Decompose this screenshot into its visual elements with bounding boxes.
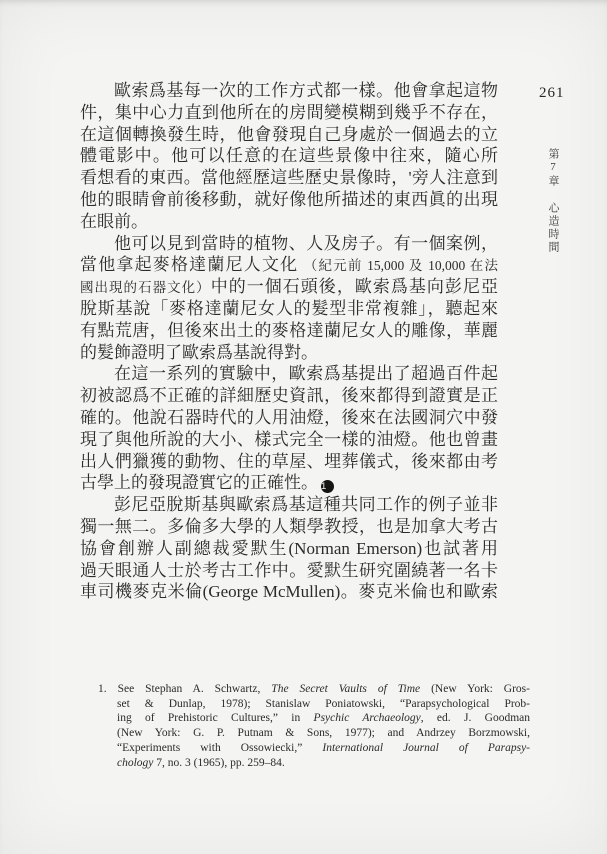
text-line: 獨一無二。多倫多大學的人類學教授，也是加拿大考古 — [80, 516, 498, 538]
text-segment: ing of Prehistoric Cultures,” in — [117, 712, 314, 724]
text-line: 出人們獵獲的動物、住的草屋、埋葬儀式，後來都由考 — [80, 451, 498, 473]
text-segment: 件，集中心力直到他所在的房間變模糊到幾乎不存在， — [80, 103, 498, 122]
text-line: 協會創辦人副總裁愛默生(Norman Emerson)也試著用 — [80, 538, 498, 560]
text-segment: 古學上的發現證實它的正確性。 — [80, 473, 318, 492]
chapter-number-vertical: 第7章 — [545, 148, 561, 188]
text-segment: 初被認爲不正確的詳細歷史資訊，後來都得到證實是正 — [80, 386, 498, 405]
italic-title-text: International Journal of Parapsy- — [322, 742, 530, 754]
text-segment: 現了與他所說的大小、樣式完全一樣的油燈。他也曾畫 — [80, 430, 498, 449]
text-line: 國出現的石器文化）中的一個石頭後，歐索爲基向彭尼亞 — [80, 276, 498, 298]
text-line: 歐索爲基每一次的工作方式都一樣。他會拿起這物 — [80, 80, 498, 102]
text-segment: 車司機麥克米倫(George McMullen)。麥克米倫也和歐索 — [80, 582, 498, 601]
footnote-line: chology 7, no. 3 (1965), pp. 259–84. — [117, 756, 530, 771]
text-line: 體電影中。他可以任意的在這些景像中往來，隨心所欲， — [80, 145, 498, 167]
footnote: 1. See Stephan A. Schwartz, The Secret V… — [98, 682, 530, 770]
text-segment: “Experiments with Ossowiecki,” — [117, 742, 322, 754]
italic-title-text: Psychic Archaeology — [314, 712, 421, 724]
text-line: 件，集中心力直到他所在的房間變模糊到幾乎不存在， — [80, 102, 498, 124]
text-line: 在這一系列的實驗中，歐索爲基提出了超過百件起 — [80, 363, 498, 385]
page-number: 261 — [539, 85, 565, 102]
footnote-line: “Experiments with Ossowiecki,” Internati… — [117, 741, 530, 756]
text-segment: 出人們獵獲的動物、住的草屋、埋葬儀式，後來都由考 — [80, 452, 498, 471]
text-segment: 過天眼通人士於考古工作中。愛默生研究圍繞著一名卡 — [80, 561, 498, 580]
text-line: 初被認爲不正確的詳細歷史資訊，後來都得到證實是正 — [80, 385, 498, 407]
text-line: 有點荒唐，但後來出土的麥格達蘭尼女人的雕像，華麗 — [80, 320, 498, 342]
text-segment: 他可以見到當時的植物、人及房子。有一個案例， — [114, 234, 498, 253]
text-segment: 彭尼亞脫斯基與歐索爲基這種共同工作的例子並非 — [114, 495, 498, 514]
body-text: 歐索爲基每一次的工作方式都一樣。他會拿起這物件，集中心力直到他所在的房間變模糊到… — [80, 80, 498, 603]
text-line: 在眼前。 — [80, 211, 498, 233]
text-segment: 在這個轉換發生時，他會發現自己身處於一個過去的立 — [80, 125, 498, 144]
text-segment: 協會創辦人副總裁愛默生(Norman Emerson)也試著用 — [80, 539, 498, 558]
text-line: 古學上的發現證實它的正確性。1 — [80, 472, 498, 494]
text-segment: , ed. J. Goodman — [421, 712, 530, 724]
text-line: 脫斯基說「麥格達蘭尼女人的髮型非常複雜」，聽起來 — [80, 298, 498, 320]
text-line: 當他拿起麥格達蘭尼人文化 （紀元前 15,000 及 10,000 在法 — [80, 254, 498, 276]
text-line: 過天眼通人士於考古工作中。愛默生研究圍繞著一名卡 — [80, 560, 498, 582]
text-line: 車司機麥克米倫(George McMullen)。麥克米倫也和歐索 — [80, 581, 498, 603]
text-line: 現了與他所說的大小、樣式完全一樣的油燈。他也曾畫 — [80, 429, 498, 451]
text-segment: 在這一系列的實驗中，歐索爲基提出了超過百件起 — [114, 364, 498, 383]
text-segment: 在眼前。 — [80, 212, 148, 231]
text-segment: 獨一無二。多倫多大學的人類學教授，也是加拿大考古 — [80, 517, 498, 536]
footnote-line: ing of Prehistoric Cultures,” in Psychic… — [117, 711, 530, 726]
text-line: 在這個轉換發生時，他會發現自己身處於一個過去的立 — [80, 124, 498, 146]
footnote-line: (New York: G. P. Putnam & Sons, 1977); a… — [117, 726, 530, 741]
text-segment: 中的一個石頭後，歐索爲基向彭尼亞 — [211, 277, 498, 296]
text-segment: 的髮飾證明了歐索爲基說得對。 — [80, 343, 318, 362]
text-segment: (New York: G. P. Putnam & Sons, 1977); a… — [117, 727, 530, 739]
text-line: 他的眼睛會前後移動，就好像他所描述的東西眞的出現 — [80, 189, 498, 211]
text-segment: set & Dunlap, 1978); Stanislaw Poniatows… — [117, 698, 530, 710]
text-segment: 1. See Stephan A. Schwartz, — [98, 683, 271, 695]
text-segment: 體電影中。他可以任意的在這些景像中往來，隨心所欲， — [80, 146, 498, 167]
small-annotation-text: 國出現的石器文化） — [80, 280, 211, 295]
chapter-title-vertical: 心造時間 — [545, 202, 561, 254]
text-segment: 當他拿起麥格達蘭尼人文化 — [80, 255, 304, 274]
footnote-line: set & Dunlap, 1978); Stanislaw Poniatows… — [117, 697, 530, 712]
italic-title-text: chology — [117, 757, 153, 769]
text-segment: 歐索爲基每一次的工作方式都一樣。他會拿起這物 — [114, 81, 498, 100]
footnote-line: 1. See Stephan A. Schwartz, The Secret V… — [98, 682, 530, 697]
text-segment: 他的眼睛會前後移動，就好像他所描述的東西眞的出現 — [80, 190, 498, 209]
text-segment: 確的。他說石器時代的人用油燈，後來在法國洞穴中發 — [80, 408, 498, 427]
text-line: 確的。他說石器時代的人用油燈，後來在法國洞穴中發 — [80, 407, 498, 429]
italic-title-text: The Secret Vaults of Time — [271, 683, 420, 695]
text-segment: 看想看的東西。當他經歷這些歷史景像時，'旁人注意到 — [80, 168, 498, 187]
text-line: 彭尼亞脫斯基與歐索爲基這種共同工作的例子並非 — [80, 494, 498, 516]
text-segment: 有點荒唐，但後來出土的麥格達蘭尼女人的雕像，華麗 — [80, 321, 498, 340]
footnote-marker-icon: 1 — [321, 480, 334, 493]
small-annotation-text: （紀元前 15,000 及 10,000 在法 — [304, 258, 498, 273]
book-page: 261 第7章 心造時間 歐索爲基每一次的工作方式都一樣。他會拿起這物件，集中心… — [0, 0, 607, 854]
text-segment: 脫斯基說「麥格達蘭尼女人的髮型非常複雜」，聽起來 — [80, 299, 498, 318]
text-segment: (New York: Gros- — [420, 683, 530, 695]
text-line: 的髮飾證明了歐索爲基說得對。 — [80, 342, 498, 364]
text-line: 看想看的東西。當他經歷這些歷史景像時，'旁人注意到 — [80, 167, 498, 189]
text-line: 他可以見到當時的植物、人及房子。有一個案例， — [80, 233, 498, 255]
text-segment: 7, no. 3 (1965), pp. 259–84. — [153, 757, 284, 769]
